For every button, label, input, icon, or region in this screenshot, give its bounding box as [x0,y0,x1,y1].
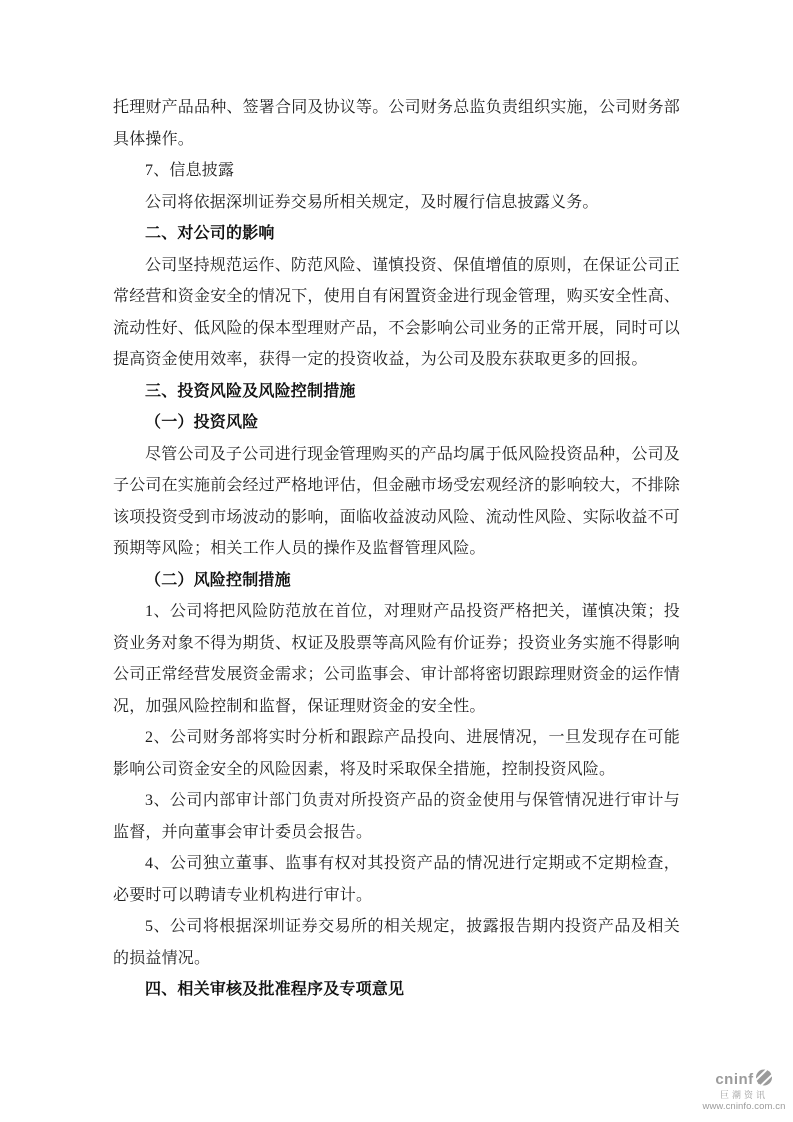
paragraph-line: 2、公司财务部将实时分析和跟踪产品投向、进展情况，一旦发现存在可能 [113,722,680,754]
paragraph-line: 公司将依据深圳证券交易所相关规定，及时履行信息披露义务。 [113,187,680,219]
heading-section-4: 四、相关审核及批准程序及专项意见 [113,974,680,1006]
cninfo-logo-row: cninf [700,1069,788,1091]
paragraph-line: 该项投资受到市场波动的影响，面临收益波动风险、流动性风险、实际收益不可 [113,502,680,534]
paragraph-line: 1、公司将把风险防范放在首位，对理财产品投资严格把关，谨慎决策；投 [113,596,680,628]
paragraph-line: 监督，并向董事会审计委员会报告。 [113,817,680,849]
paragraph-line: 3、公司内部审计部门负责对所投资产品的资金使用与保管情况进行审计与 [113,785,680,817]
cninfo-swirl-icon [755,1069,773,1091]
paragraph-line: 预期等风险；相关工作人员的操作及监督管理风险。 [113,533,680,565]
cninfo-logo: cninf 巨潮资讯 www.cninfo.com.cn [700,1069,788,1112]
heading-sub-2: （二）风险控制措施 [113,565,680,597]
paragraph-line: 况，加强风险控制和监督，保证理财资金的安全性。 [113,691,680,723]
paragraph-line: 影响公司资金安全的风险因素，将及时采取保全措施，控制投资风险。 [113,754,680,786]
document-page: 托理财产品品种、签署合同及协议等。公司财务总监负责组织实施，公司财务部 具体操作… [0,0,793,1122]
heading-sub-1: （一）投资风险 [113,407,680,439]
cninfo-logo-text: cninf [715,1072,753,1089]
list-item-7-title: 7、信息披露 [113,155,680,187]
cninfo-logo-chinese: 巨潮资讯 [700,1091,788,1101]
paragraph-line: 提高资金使用效率，获得一定的投资收益，为公司及股东获取更多的回报。 [113,344,680,376]
paragraph-line: 资业务对象不得为期货、权证及股票等高风险有价证券；投资业务实施不得影响 [113,628,680,660]
paragraph-line: 常经营和资金安全的情况下，使用自有闲置资金进行现金管理，购买安全性高、 [113,281,680,313]
paragraph-line: 子公司在实施前会经过严格地评估，但金融市场受宏观经济的影响较大，不排除 [113,470,680,502]
cninfo-logo-url: www.cninfo.com.cn [700,1102,788,1112]
paragraph-line: 公司正常经营发展资金需求；公司监事会、审计部将密切跟踪理财资金的运作情 [113,659,680,691]
paragraph-line: 公司坚持规范运作、防范风险、谨慎投资、保值增值的原则，在保证公司正 [113,250,680,282]
paragraph-line: 4、公司独立董事、监事有权对其投资产品的情况进行定期或不定期检查， [113,848,680,880]
document-text-block: 托理财产品品种、签署合同及协议等。公司财务总监负责组织实施，公司财务部 具体操作… [113,92,680,1006]
paragraph-line: 托理财产品品种、签署合同及协议等。公司财务总监负责组织实施，公司财务部 [113,92,680,124]
paragraph-line: 5、公司将根据深圳证券交易所的相关规定，披露报告期内投资产品及相关 [113,911,680,943]
heading-section-3: 三、投资风险及风险控制措施 [113,376,680,408]
paragraph-line: 尽管公司及子公司进行现金管理购买的产品均属于低风险投资品种，公司及 [113,439,680,471]
paragraph-line: 具体操作。 [113,124,680,156]
paragraph-line: 必要时可以聘请专业机构进行审计。 [113,880,680,912]
paragraph-line: 流动性好、低风险的保本型理财产品，不会影响公司业务的正常开展，同时可以 [113,313,680,345]
paragraph-line: 的损益情况。 [113,943,680,975]
heading-section-2: 二、对公司的影响 [113,218,680,250]
